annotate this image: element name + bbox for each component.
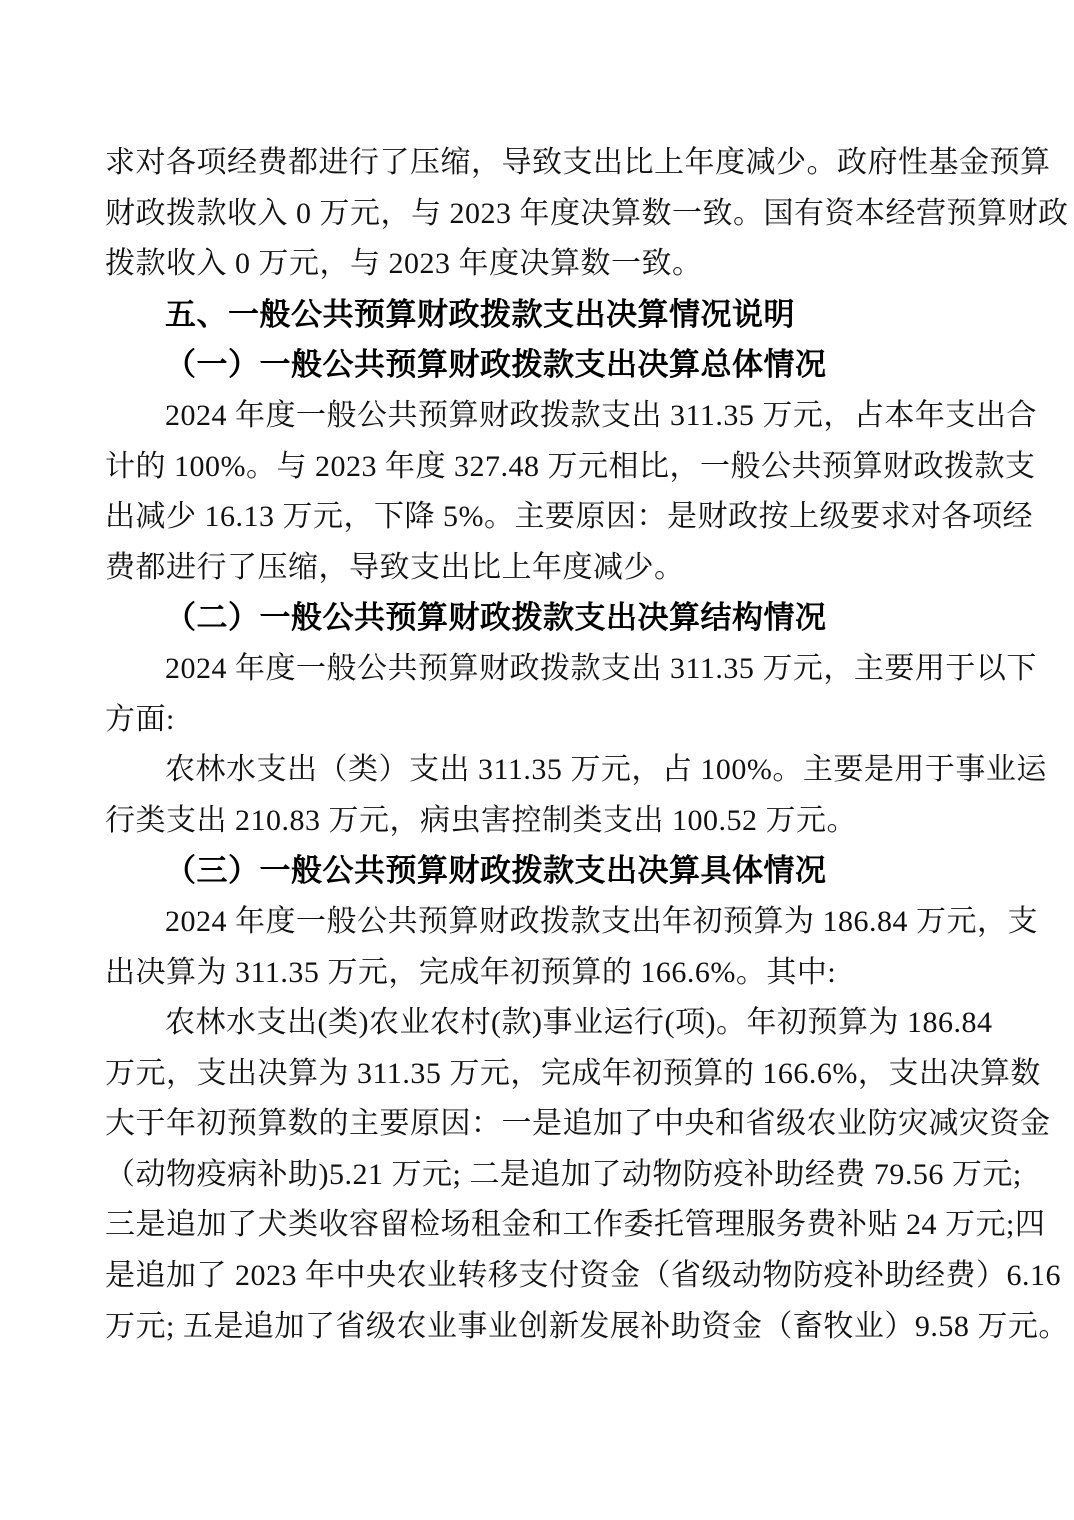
section-heading: （一）一般公共预算财政拨款支出决算总体情况 — [105, 340, 1010, 391]
paragraph-line: 方面: — [105, 695, 1010, 746]
section-heading: （三）一般公共预算财政拨款支出决算具体情况 — [105, 846, 1010, 897]
paragraph-line: 2024 年度一般公共预算财政拨款支出 311.35 万元，占本年支出合 — [105, 391, 1010, 442]
document-content: 求对各项经费都进行了压缩，导致支出比上年度减少。政府性基金预算 财政拨款收入 0… — [105, 138, 1010, 1352]
paragraph-line: 财政拨款收入 0 万元，与 2023 年度决算数一致。国有资本经营预算财政 — [105, 189, 1010, 240]
paragraph-line: 万元; 五是追加了省级农业事业创新发展补助资金（畜牧业）9.58 万元。 — [105, 1302, 1010, 1353]
paragraph-line: 出决算为 311.35 万元，完成年初预算的 166.6%。其中: — [105, 948, 1010, 999]
section-heading: （二）一般公共预算财政拨款支出决算结构情况 — [105, 593, 1010, 644]
paragraph-line: 费都进行了压缩，导致支出比上年度减少。 — [105, 543, 1010, 594]
paragraph-line: （动物疫病补助)5.21 万元; 二是追加了动物防疫补助经费 79.56 万元; — [105, 1150, 1010, 1201]
paragraph-line: 2024 年度一般公共预算财政拨款支出年初预算为 186.84 万元，支 — [105, 897, 1010, 948]
paragraph-line: 万元，支出决算为 311.35 万元，完成年初预算的 166.6%，支出决算数 — [105, 1049, 1010, 1100]
paragraph-line: 拨款收入 0 万元，与 2023 年度决算数一致。 — [105, 239, 1010, 290]
paragraph-line: 2024 年度一般公共预算财政拨款支出 311.35 万元，主要用于以下 — [105, 644, 1010, 695]
paragraph-line: 出减少 16.13 万元，下降 5%。主要原因：是财政按上级要求对各项经 — [105, 492, 1010, 543]
section-heading: 五、一般公共预算财政拨款支出决算情况说明 — [105, 290, 1010, 341]
paragraph-line: 农林水支出（类）支出 311.35 万元，占 100%。主要是用于事业运 — [105, 745, 1010, 796]
paragraph-line: 行类支出 210.83 万元，病虫害控制类支出 100.52 万元。 — [105, 796, 1010, 847]
paragraph-line: 大于年初预算数的主要原因：一是追加了中央和省级农业防灾减灾资金 — [105, 1099, 1010, 1150]
paragraph-line: 三是追加了犬类收容留检场租金和工作委托管理服务费补贴 24 万元;四 — [105, 1200, 1010, 1251]
paragraph-line: 求对各项经费都进行了压缩，导致支出比上年度减少。政府性基金预算 — [105, 138, 1010, 189]
paragraph-line: 计的 100%。与 2023 年度 327.48 万元相比，一般公共预算财政拨款… — [105, 442, 1010, 493]
paragraph-line: 是追加了 2023 年中央农业转移支付资金（省级动物防疫补助经费）6.16 — [105, 1251, 1010, 1302]
document-page: 求对各项经费都进行了压缩，导致支出比上年度减少。政府性基金预算 财政拨款收入 0… — [0, 0, 1074, 1520]
paragraph-line: 农林水支出(类)农业农村(款)事业运行(项)。年初预算为 186.84 — [105, 998, 1010, 1049]
